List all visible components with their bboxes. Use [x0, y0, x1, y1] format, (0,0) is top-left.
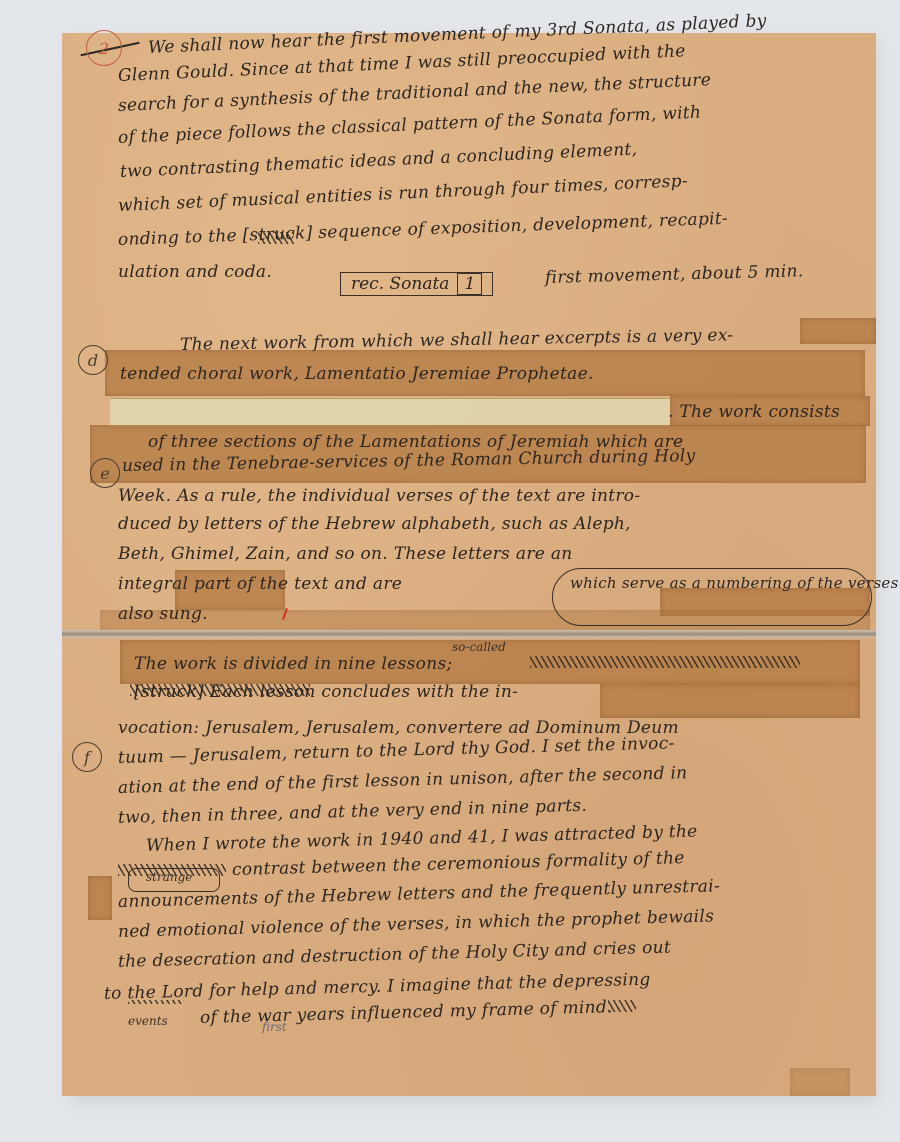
- margin-insert-events: events: [128, 1014, 168, 1028]
- inserted-note: which serve as a numbering of the verses: [570, 574, 899, 592]
- text-line: ulation and coda.: [118, 262, 272, 282]
- text-line: . The work consists: [668, 402, 840, 422]
- section-mark-d: d: [78, 345, 108, 375]
- page-number-mark: 2: [86, 30, 122, 66]
- text-line: [struck] Each lesson concludes with the …: [134, 682, 518, 702]
- recording-cue-number: 1: [457, 273, 482, 295]
- text-line: tended choral work, Lamentatio Jeremiae …: [120, 364, 594, 384]
- text-line: integral part of the text and are: [118, 574, 402, 594]
- page-seam: [62, 630, 876, 638]
- tape-strip: [790, 1068, 850, 1096]
- glassine-repair: [110, 398, 670, 428]
- recording-cue-label: rec. Sonata: [351, 274, 449, 294]
- text-line: duced by letters of the Hebrew alphabeth…: [118, 514, 631, 534]
- text-line: Week. As a rule, the individual verses o…: [118, 486, 640, 506]
- text-line: Beth, Ghimel, Zain, and so on. These let…: [118, 544, 573, 564]
- recording-cue-box: rec. Sonata1: [340, 272, 493, 296]
- strikethrough-scribble: [128, 1000, 184, 1004]
- strikethrough-scribble: [530, 656, 800, 668]
- pencil-insert-first: first: [262, 1020, 287, 1034]
- tape-strip: [600, 684, 860, 718]
- section-mark-f: f: [72, 742, 102, 772]
- tape-strip: [800, 318, 876, 344]
- page-torn-edge: [0, 640, 60, 750]
- text-line: The work is divided in nine lessons;: [134, 654, 453, 674]
- text-line: also sung.: [118, 604, 208, 624]
- strikethrough-scribble: [608, 1000, 636, 1012]
- strikethrough-scribble: [258, 232, 294, 244]
- insert-above: so-called: [452, 640, 506, 654]
- margin-insert-strange: strange: [146, 870, 192, 884]
- tape-strip: [88, 876, 112, 920]
- section-mark-e: e: [90, 458, 120, 488]
